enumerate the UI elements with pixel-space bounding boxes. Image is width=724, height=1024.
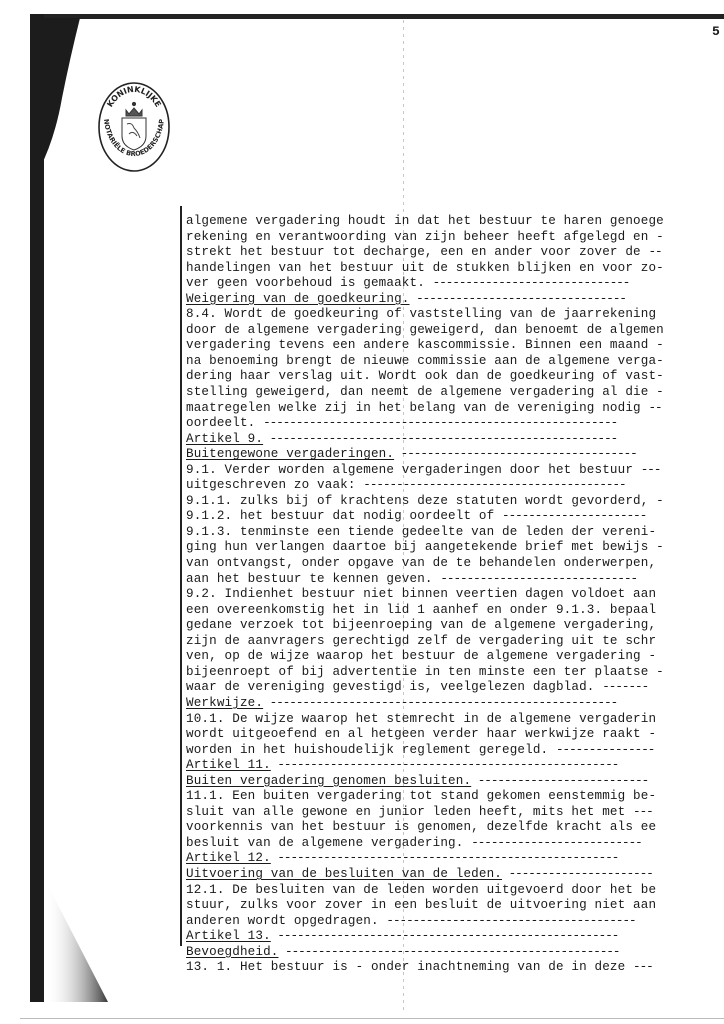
line-text: sluit van alle gewone en junior leden he… [186, 805, 633, 819]
line-text: gedane verzoek tot bijeenroeping van de … [186, 618, 656, 632]
heading-text: Artikel 13. [186, 929, 271, 943]
filler-dashes: - [648, 649, 655, 663]
line-text: maatregelen welke zij in het belang van … [186, 401, 648, 415]
filler-dashes: - [656, 338, 663, 352]
text-line: 10.1. De wijze waarop het stemrecht in d… [186, 712, 724, 728]
text-line: wordt uitgeoefend en al hetgeen verder h… [186, 727, 724, 743]
text-line: strekt het bestuur tot decharge, een en … [186, 245, 724, 261]
line-text: 10.1. De wijze waarop het stemrecht in d… [186, 712, 656, 726]
text-line: besluit van de algemene vergadering. ---… [186, 836, 724, 852]
filler-dashes: ------------------------------------ [394, 447, 637, 461]
line-text: door de algemene vergadering geweigerd, … [186, 323, 664, 337]
text-line: anderen wordt opgedragen. --------------… [186, 914, 724, 930]
line-text: worden in het huishoudelijk reglement ge… [186, 743, 556, 757]
line-text: 9.2. Indienhet bestuur niet binnen veert… [186, 587, 656, 601]
line-text: wordt uitgeoefend en al hetgeen verder h… [186, 727, 648, 741]
filler-dashes: ----------------------------------------… [263, 432, 617, 446]
filler-dashes: ---------------------- [502, 867, 653, 881]
line-text: 13. 1. Het bestuur is - onder inachtnemi… [186, 960, 633, 974]
text-line: rekening en verantwoording van zijn behe… [186, 230, 724, 246]
top-border-rule [34, 14, 724, 19]
section-heading-line: Werkwijze. -----------------------------… [186, 696, 724, 712]
text-line: 9.1. Verder worden algemene vergaderinge… [186, 463, 724, 479]
line-text: besluit van de algemene vergadering. [186, 836, 471, 850]
section-heading-line: Artikel 12. ----------------------------… [186, 851, 724, 867]
filler-dashes: -- [648, 401, 661, 415]
text-line: na benoeming brengt de nieuwe commissie … [186, 354, 724, 370]
line-text: een overeenkomstig het in lid 1 aanhef e… [186, 603, 656, 617]
line-text: 8.4. Wordt de goedkeuring of vaststellin… [186, 307, 656, 321]
text-line: maatregelen welke zij in het belang van … [186, 401, 724, 417]
filler-dashes: ------------------------------ [440, 572, 637, 586]
filler-dashes: ----------------------------------------… [271, 758, 619, 772]
line-text: strekt het bestuur tot decharge, een en … [186, 245, 648, 259]
text-line: 9.1.3. tenminste een tiende gedeelte van… [186, 525, 724, 541]
text-line: sluit van alle gewone en junior leden he… [186, 805, 724, 821]
filler-dashes: - [656, 665, 663, 679]
text-line: ver geen voorbehoud is gemaakt. --------… [186, 276, 724, 292]
filler-dashes: ----------------------------------------… [263, 416, 617, 430]
line-text: voorkennis van het bestuur is genomen, d… [186, 820, 656, 834]
line-text: handelingen van het bestuur uit de stukk… [186, 261, 664, 275]
line-text: ven, op de wijze waarop het bestuur de a… [186, 649, 648, 663]
text-line: worden in het huishoudelijk reglement ge… [186, 743, 724, 759]
bottom-edge-line [20, 1018, 724, 1019]
filler-dashes: -------------------------------------- [386, 914, 635, 928]
filler-dashes: ------- [602, 680, 648, 694]
heading-text: Bevoegdheid. [186, 945, 279, 959]
heading-text: Uitvoering van de besluiten van de leden… [186, 867, 502, 881]
bottom-left-shadow-corner [40, 880, 120, 1005]
heading-text: Buitengewone vergaderingen. [186, 447, 394, 461]
section-heading-line: Bevoegdheid. ---------------------------… [186, 945, 724, 961]
line-text: bijeenroept of bij advertentie in ten mi… [186, 665, 656, 679]
text-line: aan het bestuur te kennen geven. -------… [186, 572, 724, 588]
filler-dashes: -------------------------- [471, 836, 642, 850]
filler-dashes: --- [633, 805, 653, 819]
line-text: oordeelt. [186, 416, 263, 430]
text-line: stuur, zulks voor zover in een besluit d… [186, 898, 724, 914]
scanned-document-page: 5 KONINKLIJKE NOTARIËLE BROEDERSCHAP alg… [0, 0, 724, 1024]
text-line: voorkennis van het bestuur is genomen, d… [186, 820, 724, 836]
text-line: gedane verzoek tot bijeenroeping van de … [186, 618, 724, 634]
filler-dashes: ----------------------------------------… [271, 929, 619, 943]
text-line: vergadering tevens een andere kascommiss… [186, 338, 724, 354]
filler-dashes: ----------------------------------------… [271, 851, 619, 865]
line-text: uitgeschreven zo vaak: [186, 478, 363, 492]
line-text: na benoeming brengt de nieuwe commissie … [186, 354, 664, 368]
page-number: 5 [712, 24, 720, 39]
line-text: 11.1. Een buiten vergadering tot stand g… [186, 789, 656, 803]
filler-dashes: --- [641, 463, 661, 477]
text-line: 9.1.2. het bestuur dat nodig oordeelt of… [186, 509, 724, 525]
svg-text:NOTARIËLE BROEDERSCHAP: NOTARIËLE BROEDERSCHAP [102, 118, 166, 158]
filler-dashes: -- [648, 245, 661, 259]
line-text: stuur, zulks voor zover in een besluit d… [186, 898, 656, 912]
filler-dashes: ---------------------------------------- [363, 478, 625, 492]
section-heading-line: Buitengewone vergaderingen. ------------… [186, 447, 724, 463]
heading-text: Weigering van de goedkeuring. [186, 292, 410, 306]
text-margin-rule [180, 206, 182, 946]
section-heading-line: Buiten vergadering genomen besluiten. --… [186, 774, 724, 790]
heading-text: Werkwijze. [186, 696, 263, 710]
typewritten-text-body: algemene vergadering houdt in dat het be… [186, 214, 724, 976]
line-text: algemene vergadering houdt in dat het be… [186, 214, 664, 228]
text-line: 8.4. Wordt de goedkeuring of vaststellin… [186, 307, 724, 323]
heading-text: Artikel 11. [186, 758, 271, 772]
text-line: 9.2. Indienhet bestuur niet binnen veert… [186, 587, 724, 603]
coat-of-arms-icon [122, 102, 146, 150]
filler-dashes: - [656, 494, 663, 508]
filler-dashes: ----------------------------------------… [263, 696, 617, 710]
section-heading-line: Weigering van de goedkeuring. ----------… [186, 292, 724, 308]
section-heading-line: Artikel 11. ----------------------------… [186, 758, 724, 774]
text-line: 12.1. De besluiten van de leden worden u… [186, 883, 724, 899]
line-text: aan het bestuur te kennen geven. [186, 572, 440, 586]
line-text: stelling geweigerd, dan neemt de algemen… [186, 385, 656, 399]
text-line: algemene vergadering houdt in dat het be… [186, 214, 724, 230]
notary-seal-stamp: KONINKLIJKE NOTARIËLE BROEDERSCHAP [96, 80, 172, 174]
filler-dashes: - [656, 385, 663, 399]
line-text: dering haar verslag uit. Wordt ook dan d… [186, 369, 664, 383]
filler-dashes: ----------------------------------------… [279, 945, 620, 959]
text-line: 13. 1. Het bestuur is - onder inachtnemi… [186, 960, 724, 976]
text-line: dering haar verslag uit. Wordt ook dan d… [186, 369, 724, 385]
text-line: 11.1. Een buiten vergadering tot stand g… [186, 789, 724, 805]
line-text: vergadering tevens een andere kascommiss… [186, 338, 656, 352]
text-line: uitgeschreven zo vaak: -----------------… [186, 478, 724, 494]
line-text: van ontvangst, onder opgave van de te be… [186, 556, 656, 570]
heading-text: Artikel 12. [186, 851, 271, 865]
filler-dashes: - [656, 540, 663, 554]
text-line: een overeenkomstig het in lid 1 aanhef e… [186, 603, 724, 619]
line-text: 9.1.2. het bestuur dat nodig oordeelt of [186, 509, 502, 523]
filler-dashes: -------------------------- [471, 774, 648, 788]
text-line: oordeelt. ------------------------------… [186, 416, 724, 432]
section-heading-line: Uitvoering van de besluiten van de leden… [186, 867, 724, 883]
line-text: 9.1.1. zulks bij of krachtens deze statu… [186, 494, 656, 508]
seal-bottom-text: NOTARIËLE BROEDERSCHAP [102, 118, 166, 158]
line-text: anderen wordt opgedragen. [186, 914, 386, 928]
text-line: bijeenroept of bij advertentie in ten mi… [186, 665, 724, 681]
section-heading-line: Artikel 9. -----------------------------… [186, 432, 724, 448]
filler-dashes: -------------------------------- [410, 292, 626, 306]
text-line: 9.1.1. zulks bij of krachtens deze statu… [186, 494, 724, 510]
line-text: ging hun verlangen daartoe bij aangeteke… [186, 540, 656, 554]
filler-dashes: - [648, 727, 655, 741]
text-line: stelling geweigerd, dan neemt de algemen… [186, 385, 724, 401]
line-text: 9.1. Verder worden algemene vergaderinge… [186, 463, 641, 477]
text-line: zijn de aanvragers gerechtigd zelf de ve… [186, 634, 724, 650]
line-text: 12.1. De besluiten van de leden worden u… [186, 883, 656, 897]
heading-text: Artikel 9. [186, 432, 263, 446]
section-heading-line: Artikel 13. ----------------------------… [186, 929, 724, 945]
text-line: van ontvangst, onder opgave van de te be… [186, 556, 724, 572]
filler-dashes: --- [633, 960, 653, 974]
text-line: ging hun verlangen daartoe bij aangeteke… [186, 540, 724, 556]
line-text: rekening en verantwoording van zijn behe… [186, 230, 656, 244]
filler-dashes: ---------------------- [502, 509, 646, 523]
filler-dashes: ------------------------------ [433, 276, 630, 290]
text-line: door de algemene vergadering geweigerd, … [186, 323, 724, 339]
text-line: ven, op de wijze waarop het bestuur de a… [186, 649, 724, 665]
text-line: handelingen van het bestuur uit de stukk… [186, 261, 724, 277]
line-text: ver geen voorbehoud is gemaakt. [186, 276, 433, 290]
filler-dashes: --------------- [556, 743, 654, 757]
line-text: 9.1.3. tenminste een tiende gedeelte van… [186, 525, 656, 539]
line-text: zijn de aanvragers gerechtigd zelf de ve… [186, 634, 656, 648]
text-line: waar de vereniging gevestigd is, veelgel… [186, 680, 724, 696]
heading-text: Buiten vergadering genomen besluiten. [186, 774, 471, 788]
line-text: waar de vereniging gevestigd is, veelgel… [186, 680, 602, 694]
filler-dashes: - [656, 230, 663, 244]
